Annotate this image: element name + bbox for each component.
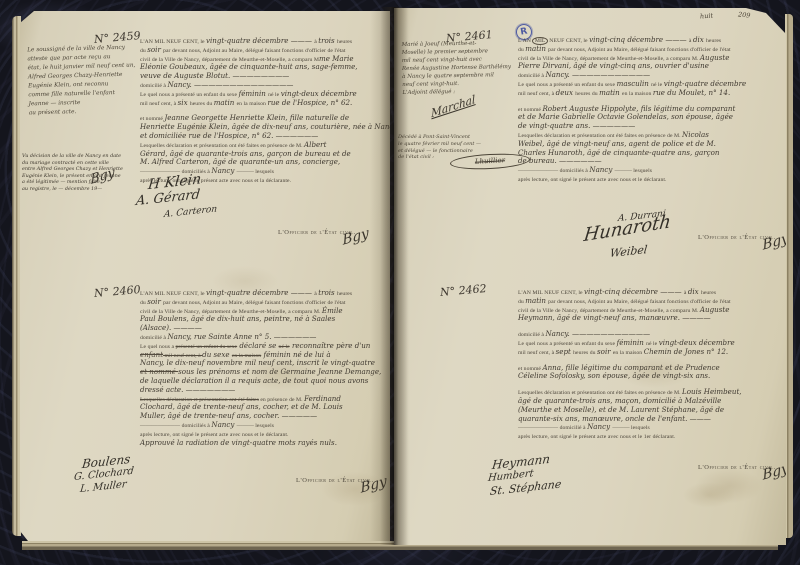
margin-note-line: L'Adjoint délégué :: [402, 87, 514, 97]
text-line: veuve de Auguste Blotut. ————————: [140, 70, 388, 79]
text-line: ——————— domicilié à Nancy ——— lesquels: [518, 421, 776, 430]
text-line: civil de la Ville de Nancy, département …: [140, 53, 388, 62]
page-stack-right-edge: [785, 14, 793, 538]
text-segment: soir: [597, 347, 613, 356]
text-segment: sept: [556, 347, 574, 356]
text-line: civil de la Ville de Nancy, département …: [518, 304, 776, 313]
text-line: âgé de quarante-trois ans, maçon, domici…: [518, 395, 776, 404]
birth-record-2459: N° 2459 L'AN MIL NEUF CENT, le vingt-qua…: [140, 35, 388, 183]
text-line: Le quel nous a présenté un enfant du sex…: [518, 337, 776, 346]
text-line: mil neuf cent, à sept heures du soir en …: [518, 346, 776, 355]
officer-block: L'Officier de l'État civil. Bgy: [278, 221, 356, 239]
text-segment: après lecture, ont signé le présent acte…: [518, 177, 666, 183]
folio-word-note: huit: [700, 12, 714, 21]
paper-stain: [674, 478, 744, 512]
text-segment: mil neuf cent, à: [518, 350, 556, 356]
text-line: de laquelle déclaration il a requis acte…: [140, 375, 388, 384]
signatures: A. DurraniHunarothWeibel: [584, 214, 672, 261]
text-line: Pierre Dirvani, âgé de vingt-cinq ans, o…: [518, 60, 776, 69]
text-segment: deux: [556, 88, 576, 97]
text-line: et nommé Anna, fille légitime du compara…: [518, 362, 776, 371]
margin-note-line: au présent acte.: [29, 107, 133, 119]
text-line: domicilié à Nancy. ———————————: [518, 328, 776, 337]
text-line: domicilié à Nancy, rue Sainte Anne n° 5.…: [140, 331, 388, 340]
text-line: (Meurthe et Moselle), et de M. Laurent S…: [518, 404, 776, 413]
text-segment: rue de l'Hospice, n° 62.: [267, 98, 352, 107]
text-line: Le quel nous a présenté un enfant du sex…: [140, 340, 388, 349]
text-line: (Alsace). ————: [140, 322, 388, 331]
signatures: H KleinA. GérardA. Carteron: [134, 177, 217, 221]
text-line: Approuvé la radiation de vingt-quatre mo…: [140, 437, 388, 446]
text-line: mil neuf cent, à deux heures du matin en…: [518, 87, 776, 96]
birth-record-2461: N° 2461 L'AN MIL NEUF CENT, le vingt-cin…: [518, 34, 776, 182]
text-segment: six: [178, 98, 190, 107]
signature: Weibel: [609, 240, 672, 260]
text-line: civil de la Ville de Nancy, département …: [518, 52, 776, 61]
text-line: quarante-six ans, manœuvre, oncle de l'e…: [518, 413, 776, 422]
text-segment: rue du Moulet, n° 14.: [653, 88, 730, 97]
text-segment: Chemin de Jones n° 12.: [644, 347, 728, 356]
text-line: de vingt-quatre ans. ——————: [518, 120, 776, 129]
text-segment: heures du: [190, 101, 214, 107]
text-line: Henriette Eugénie Klein, âgée de dix-neu…: [140, 121, 388, 130]
text-line: Céleline Sofolosky, son épouse, âgée de …: [518, 370, 776, 379]
text-line: et nommé Jeanne Georgette Henriette Klei…: [140, 112, 388, 121]
text-segment: Heymann, âgé de vingt-neuf ans, manœuvre…: [518, 313, 711, 322]
margin-note-line: au registre, le — décembre 19—: [22, 186, 136, 193]
text-line: et de Marie Gabrielle Octavie Golendelas…: [518, 111, 776, 120]
right-page: huit 209 R Marié à Joeuf (Meurthe-et-Mos…: [394, 8, 786, 545]
text-line: après lecture, ont signé le présent acte…: [518, 430, 776, 439]
record-number: N° 2462: [440, 282, 488, 299]
margin-note: Marié à Joeuf (Meurthe-et-Moselle) le pr…: [402, 39, 515, 97]
text-line: et nommé sous les prénoms et nom de Germ…: [140, 366, 388, 375]
text-line: après lecture, ont signé le présent acte…: [518, 173, 776, 182]
text-line: civil de la Ville de Nancy, département …: [140, 305, 388, 314]
text-line: Lesquelles déclaration et présentation o…: [140, 139, 388, 148]
record-text: L'AN MIL NEUF CENT, le vingt-quatre déce…: [140, 287, 388, 445]
text-line: ——————— domiciliés à Nancy ——— lesquels: [518, 164, 776, 173]
text-line: du matin par devant nous, Adjoint au Mai…: [518, 295, 776, 304]
officer-block: L'Officier de l'État civil. Bgy: [698, 456, 776, 474]
record-number: N° 2460: [94, 283, 142, 300]
officer-block: L'Officier de l'État civil. Bgy: [296, 469, 374, 487]
text-line: mil neuf cent, à six heures du matin en …: [140, 97, 388, 106]
page-stack-left-edge: [12, 16, 21, 536]
text-segment: heures du: [575, 91, 599, 97]
text-line: Eléonie Goubeaux, âgée de cinquante-huit…: [140, 61, 388, 70]
margin-note-line: a été légitimée — mention faite: [22, 179, 136, 186]
margin-note-line: entre Alfred Georges Chazy et Henriette: [22, 166, 136, 173]
record-text: L'AN MIL NEUF CENT, le vingt-cinq décemb…: [518, 34, 776, 182]
margin-note-line: Décédé à Pont-Saint-Vincent: [398, 134, 516, 141]
text-line: du soir par devant nous, Adjoint au Mair…: [140, 296, 388, 305]
text-line: Weibel, âgé de vingt-neuf ans, agent de …: [518, 138, 776, 147]
text-line: et nommé Robert Auguste Hippolyte, fils …: [518, 103, 776, 112]
margin-note-line: du mariage contracté en cette ville: [22, 160, 136, 167]
text-line: Le quel nous a présenté un enfant du sex…: [518, 78, 776, 87]
text-line: Heymann, âgé de vingt-neuf ans, manœuvre…: [518, 312, 776, 321]
text-line: L'AN MIL NEUF CENT, le vingt-cinq décemb…: [518, 34, 776, 43]
folio-number-note: 209: [738, 10, 751, 19]
margin-note: Vu décision de la ville de Nancy en date…: [22, 153, 136, 193]
text-line: L'AN MIL NEUF CENT, le vingt-quatre déce…: [140, 35, 388, 44]
text-line: domicilié à Nancy. ———————————: [518, 69, 776, 78]
signature: A. Carteron: [163, 204, 217, 220]
text-line: du matin par devant nous, Adjoint au Mai…: [518, 43, 776, 52]
text-line: Gérard, âgé de quarante-trois ans, garço…: [140, 148, 388, 157]
left-page: Le soussigné de la ville de Nancyatteste…: [20, 11, 390, 541]
birth-record-2462: N° 2462 L'AN MIL NEUF CENT, le vingt-cin…: [518, 286, 776, 439]
text-line: Le quel nous a présenté un enfant du sex…: [140, 88, 388, 97]
margin-note: Le soussigné de la ville de Nancyatteste…: [27, 44, 133, 119]
text-segment: après lecture, ont signé le présent acte…: [518, 434, 675, 440]
signatures: BoulensG. ClochardL. Muller: [74, 457, 134, 496]
text-segment: mil neuf cent, à: [140, 101, 178, 107]
text-segment: en la maison: [237, 101, 268, 107]
text-line: M. Alfred Carteron, âgé de quarante-un a…: [140, 156, 388, 165]
margin-note-line: le quatre février mil neuf cent —: [398, 141, 516, 148]
signatures: HeymannHumbertSt. Stéphane: [488, 458, 562, 499]
civil-register-scan: Le soussigné de la ville de Nancyatteste…: [0, 0, 800, 565]
record-text: L'AN MIL NEUF CENT, le vingt-quatre déce…: [140, 35, 388, 183]
text-line: ——————— domiciliés à Nancy ——— lesquels: [140, 165, 388, 174]
text-segment: matin: [214, 98, 237, 107]
text-line: Charles Hunaroth, âgé de cinquante-quatr…: [518, 147, 776, 156]
text-segment: Céleline Sofolosky, son épouse, âgée de …: [518, 371, 710, 380]
text-line: Nancy, le dix-neuf novembre mil neuf cen…: [140, 357, 388, 366]
text-line: et domiciliée rue de l'Hospice, n° 62. —…: [140, 130, 388, 139]
text-segment: heures du: [573, 350, 597, 356]
officer-block: L'Officier de l'État civil. Bgy: [698, 226, 776, 244]
record-number: N° 2459: [94, 29, 142, 46]
text-line: L'AN MIL NEUF CENT, le vingt-cinq décemb…: [518, 286, 776, 295]
text-segment: matin: [599, 88, 622, 97]
margin-note-line: Vu décision de la ville de Nancy en date: [22, 153, 136, 160]
text-line: Clochard, âgé de trente-neuf ans, cocher…: [140, 401, 388, 410]
text-line: Lesquelles déclaration et présentation o…: [518, 386, 776, 395]
text-line: Muller, âgé de trente-neuf ans, cocher. …: [140, 410, 388, 419]
margin-signature: Marchal: [431, 93, 476, 121]
text-segment: en la maison: [622, 91, 653, 97]
text-line: Lesquelles déclaration et présentation o…: [140, 393, 388, 402]
text-line: ——————— domiciliés à Nancy ——— lesquels: [140, 419, 388, 428]
text-line: domicilié à Nancy. ——————————————: [140, 79, 388, 88]
text-line: du soir par devant nous, Adjoint au Mair…: [140, 44, 388, 53]
record-text: L'AN MIL NEUF CENT, le vingt-cinq décemb…: [518, 286, 776, 439]
text-line: L'AN MIL NEUF CENT, le vingt-quatre déce…: [140, 287, 388, 296]
birth-record-2460: N° 2460 L'AN MIL NEUF CENT, le vingt-qua…: [140, 287, 388, 445]
text-segment: en la maison: [613, 350, 644, 356]
text-segment: mil neuf cent, à: [518, 91, 556, 97]
text-segment: Approuvé la radiation de vingt-quatre mo…: [140, 438, 337, 447]
text-line: Paul Boulens, âgé de dix-huit ans, peint…: [140, 313, 388, 322]
text-line: après lecture, ont signé le présent acte…: [140, 428, 388, 437]
text-line: Lesquelles déclaration et présentation o…: [518, 129, 776, 138]
text-line: dressé acte. ———————: [140, 384, 388, 393]
